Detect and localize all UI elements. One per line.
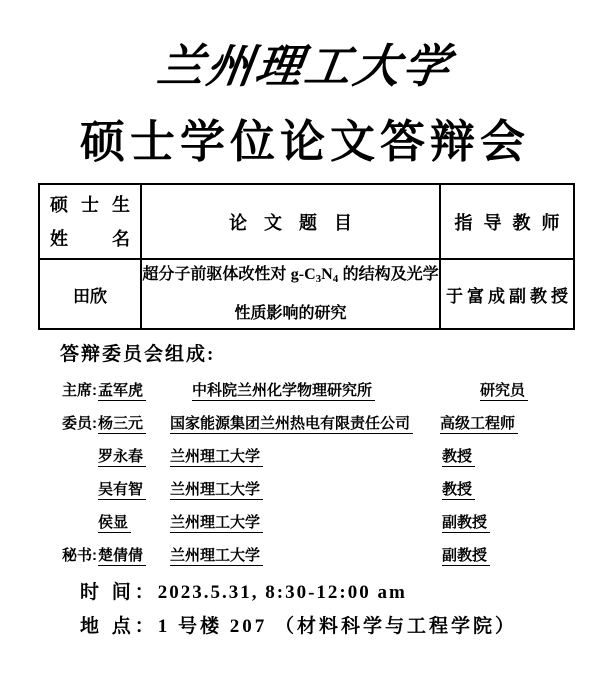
committee-role: 委员: bbox=[62, 412, 98, 432]
table-data-row: 田欣 超分子前驱体改性对 g-C3N4 的结构及光学 性质影响的研究 于富成副教… bbox=[39, 259, 574, 329]
student-name-header-line1: 硕士生 bbox=[50, 188, 130, 222]
committee-member-name: 楚倩倩 bbox=[98, 547, 146, 566]
committee-member-title: 副教授 bbox=[442, 547, 490, 566]
committee-member-title: 高级工程师 bbox=[440, 415, 518, 434]
thesis-title-line1: 超分子前驱体改性对 g-C3N4 的结构及光学 bbox=[142, 265, 439, 289]
committee-role: 主席: bbox=[62, 379, 98, 399]
committee-row-member: 罗永春 兰州理工大学 教授 bbox=[62, 445, 610, 465]
committee-member-affiliation: 中科院兰州化学物理研究所 bbox=[192, 382, 375, 401]
defense-announcement-page: 兰州理工大学 硕士学位论文答辩会 硕士生 姓名 论文题目 指导教师 田欣 bbox=[0, 0, 610, 689]
committee-member-affiliation: 兰州理工大学 bbox=[170, 547, 263, 566]
location-value: 1 号楼 207 （材料科学与工程学院） bbox=[158, 616, 517, 637]
student-name-header-line2: 姓名 bbox=[50, 222, 130, 256]
committee-member-title: 研究员 bbox=[480, 382, 528, 401]
page-title: 硕士学位论文答辩会 bbox=[0, 116, 610, 168]
header-cell-advisor: 指导教师 bbox=[440, 184, 574, 259]
thesis-info-table: 硕士生 姓名 论文题目 指导教师 田欣 超分子前驱体改性对 g-C3N4 的结构… bbox=[38, 183, 575, 330]
time-value: 2023.5.31, 8:30-12:00 am bbox=[158, 582, 407, 603]
committee-member-affiliation: 兰州理工大学 bbox=[170, 514, 263, 533]
committee-member-name: 侯显 bbox=[98, 514, 131, 533]
committee-role bbox=[62, 478, 98, 498]
committee-member-affiliation: 国家能源集团兰州热电有限责任公司 bbox=[170, 415, 413, 434]
committee-member-name: 杨三元 bbox=[98, 415, 146, 434]
committee-member-title: 教授 bbox=[442, 448, 475, 467]
committee-row-member: 吴有智 兰州理工大学 教授 bbox=[62, 478, 610, 498]
defense-location: 地 点：1 号楼 207 （材料科学与工程学院） bbox=[80, 615, 610, 638]
committee-row-member: 委员: 杨三元 国家能源集团兰州热电有限责任公司 高级工程师 bbox=[62, 412, 610, 432]
location-label: 地 点： bbox=[80, 616, 158, 637]
committee-heading: 答辩委员会组成: bbox=[60, 339, 610, 366]
defense-time: 时 间：2023.5.31, 8:30-12:00 am bbox=[80, 581, 610, 604]
header-cell-student-name: 硕士生 姓名 bbox=[39, 184, 141, 259]
table-header-row: 硕士生 姓名 论文题目 指导教师 bbox=[39, 184, 574, 259]
cell-advisor: 于富成副教授 bbox=[440, 259, 574, 329]
committee-row-chair: 主席: 孟军虎 中科院兰州化学物理研究所 研究员 bbox=[62, 379, 610, 399]
committee-role bbox=[62, 445, 98, 465]
committee-member-title: 副教授 bbox=[442, 514, 490, 533]
committee-member-title: 教授 bbox=[442, 481, 475, 500]
committee-row-secretary: 秘书: 楚倩倩 兰州理工大学 副教授 bbox=[62, 544, 610, 564]
time-label: 时 间： bbox=[80, 582, 158, 603]
committee-member-name: 罗永春 bbox=[98, 448, 146, 467]
committee-row-member: 侯显 兰州理工大学 副教授 bbox=[62, 511, 610, 531]
committee-member-affiliation: 兰州理工大学 bbox=[170, 481, 263, 500]
cell-thesis-title: 超分子前驱体改性对 g-C3N4 的结构及光学 性质影响的研究 bbox=[141, 259, 440, 329]
thesis-title-line2: 性质影响的研究 bbox=[142, 304, 439, 324]
committee-member-affiliation: 兰州理工大学 bbox=[170, 448, 263, 467]
header-cell-thesis-title: 论文题目 bbox=[141, 184, 440, 259]
cell-student-name: 田欣 bbox=[39, 259, 141, 329]
committee-member-name: 吴有智 bbox=[98, 481, 146, 500]
university-logo-calligraphy: 兰州理工大学 bbox=[0, 30, 610, 102]
committee-role: 秘书: bbox=[62, 544, 98, 564]
committee-role bbox=[62, 511, 98, 531]
committee-member-name: 孟军虎 bbox=[98, 382, 146, 401]
